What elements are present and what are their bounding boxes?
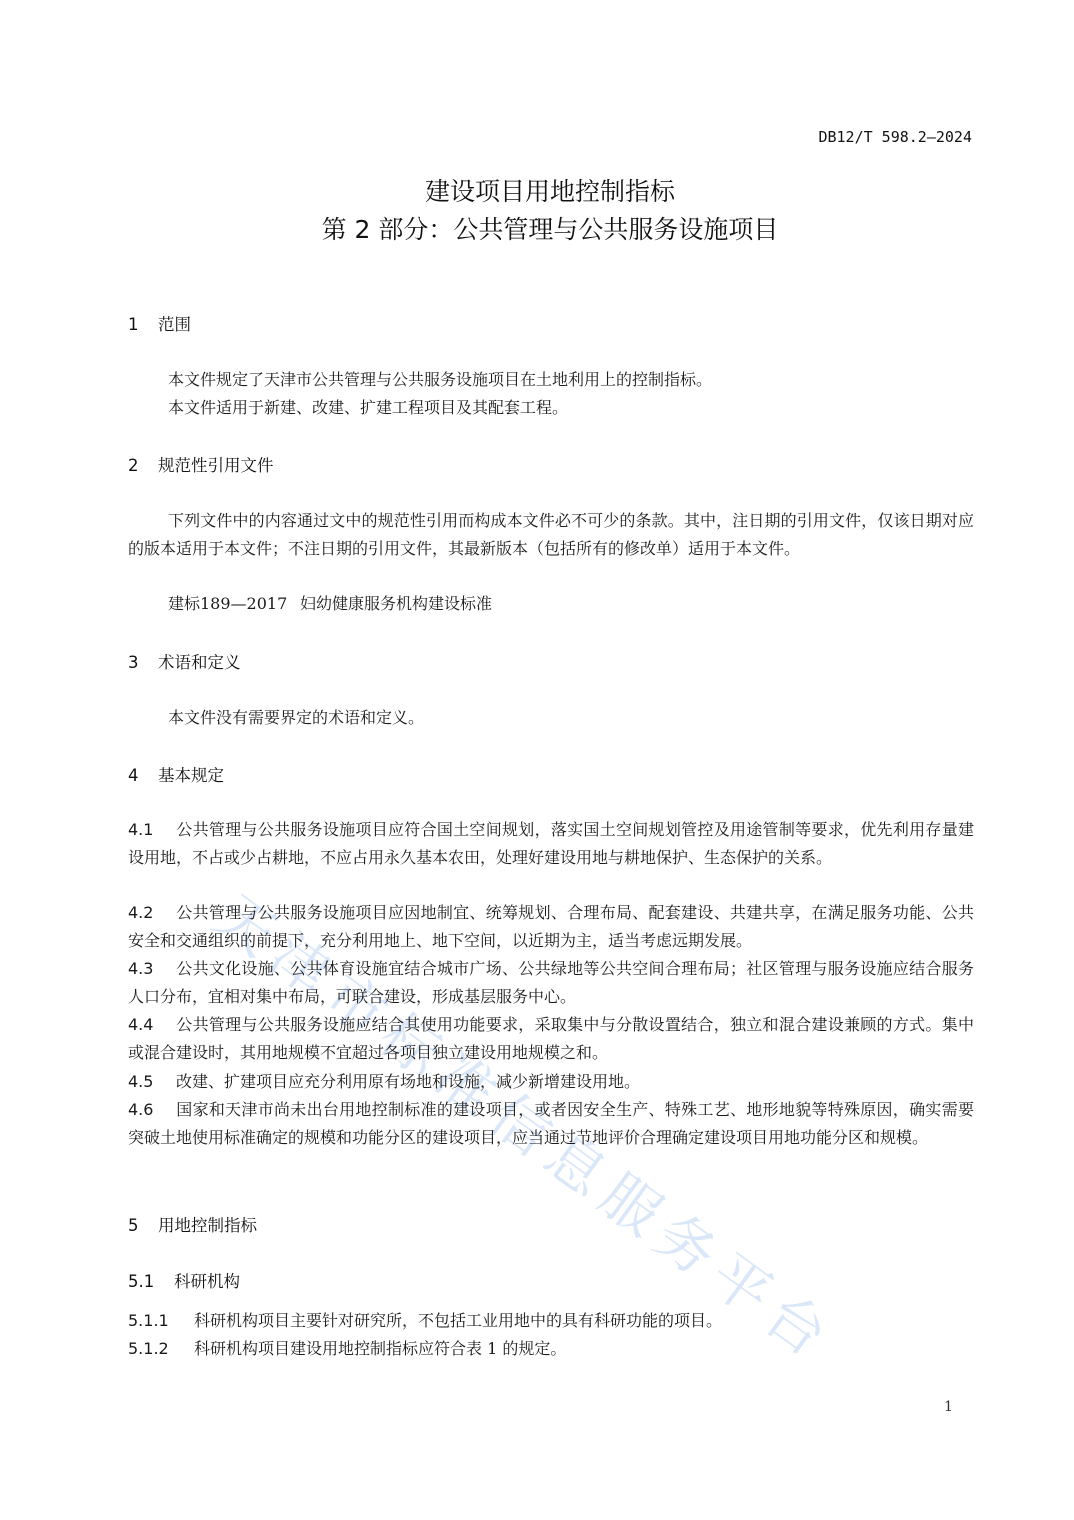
section-heading-normative-references: 2规范性引用文件 <box>128 452 974 476</box>
clause-number: 4.6 <box>128 1096 176 1124</box>
clause-text: 公共管理与公共服务设施项目应符合国土空间规划，落实国土空间规划管控及用途管制等要… <box>128 820 974 867</box>
section-title: 用地控制指标 <box>158 1216 257 1235</box>
section-number: 4 <box>128 766 158 785</box>
section-title: 术语和定义 <box>158 653 241 672</box>
section-heading-terms: 3术语和定义 <box>128 649 974 673</box>
clause-number: 4.3 <box>128 955 176 983</box>
clause-text: 公共管理与公共服务设施项目应因地制宜、统筹规划、合理布局、配套建设、共建共享，在… <box>128 903 974 950</box>
section-title: 基本规定 <box>158 766 224 785</box>
clause-text: 改建、扩建项目应充分利用原有场地和设施，减少新增建设用地。 <box>176 1072 640 1091</box>
document-page: 天津市标准信息服务平台 DB12/T 598.2—2024 建设项目用地控制指标… <box>0 0 1074 1520</box>
section-number: 3 <box>128 653 158 672</box>
section-heading-land-use-indicators: 5用地控制指标 <box>128 1212 974 1236</box>
clause-number: 5.1.2 <box>128 1335 194 1363</box>
clause-number: 4.4 <box>128 1011 176 1039</box>
clause-4-4: 4.4公共管理与公共服务设施应结合其使用功能要求，采取集中与分散设置结合，独立和… <box>128 1011 974 1066</box>
clause-4-2: 4.2公共管理与公共服务设施项目应因地制宜、统筹规划、合理布局、配套建设、共建共… <box>128 899 974 954</box>
page-number: 1 <box>944 1399 953 1415</box>
clause-text: 科研机构项目主要针对研究所，不包括工业用地中的具有科研功能的项目。 <box>194 1311 722 1330</box>
document-subtitle: 第 2 部分：公共管理与公共服务设施项目 <box>0 210 1074 246</box>
clause-text: 公共文化设施、公共体育设施宜结合城市广场、公共绿地等公共空间合理布局；社区管理与… <box>128 959 974 1006</box>
clause-number: 4.1 <box>128 816 176 844</box>
paragraph: 本文件适用于新建、改建、扩建工程项目及其配套工程。 <box>128 394 974 422</box>
clause-text: 公共管理与公共服务设施应结合其使用功能要求，采取集中与分散设置结合，独立和混合建… <box>128 1015 974 1062</box>
standard-code: DB12/T 598.2—2024 <box>818 128 972 146</box>
paragraph: 下列文件中的内容通过文中的规范性引用而构成本文件必不可少的条款。其中，注日期的引… <box>128 507 974 562</box>
paragraph: 本文件规定了天津市公共管理与公共服务设施项目在土地利用上的控制指标。 <box>128 366 974 394</box>
section-title: 范围 <box>158 315 191 334</box>
section-number: 5 <box>128 1216 158 1235</box>
clause-text: 国家和天津市尚未出台用地控制标准的建设项目，或者因安全生产、特殊工艺、地形地貌等… <box>128 1100 974 1147</box>
paragraph: 本文件没有需要界定的术语和定义。 <box>128 704 974 732</box>
section-heading-basic-provisions: 4基本规定 <box>128 762 974 786</box>
section-number: 1 <box>128 315 158 334</box>
clause-4-5: 4.5改建、扩建项目应充分利用原有场地和设施，减少新增建设用地。 <box>128 1068 974 1096</box>
clause-number: 4.5 <box>128 1068 176 1096</box>
section-number: 2 <box>128 456 158 475</box>
clause-number: 5.1.1 <box>128 1307 194 1335</box>
reference-item: 建标189—2017妇幼健康服务机构建设标准 <box>128 590 1014 618</box>
clause-5-1-1: 5.1.1科研机构项目主要针对研究所，不包括工业用地中的具有科研功能的项目。 <box>128 1307 974 1335</box>
clause-text: 科研机构项目建设用地控制指标应符合表 1 的规定。 <box>194 1339 566 1358</box>
subsection-title: 科研机构 <box>174 1272 240 1291</box>
subsection-number: 5.1 <box>128 1272 174 1291</box>
clause-4-1: 4.1公共管理与公共服务设施项目应符合国土空间规划，落实国土空间规划管控及用途管… <box>128 816 974 871</box>
subsection-heading-research-institutions: 5.1科研机构 <box>128 1268 974 1292</box>
clause-number: 4.2 <box>128 899 176 927</box>
section-heading-scope: 1范围 <box>128 311 974 335</box>
document-title: 建设项目用地控制指标 <box>0 172 1074 208</box>
clause-4-6: 4.6国家和天津市尚未出台用地控制标准的建设项目，或者因安全生产、特殊工艺、地形… <box>128 1096 974 1151</box>
clause-4-3: 4.3公共文化设施、公共体育设施宜结合城市广场、公共绿地等公共空间合理布局；社区… <box>128 955 974 1010</box>
clause-5-1-2: 5.1.2科研机构项目建设用地控制指标应符合表 1 的规定。 <box>128 1335 974 1363</box>
reference-title: 妇幼健康服务机构建设标准 <box>300 594 492 613</box>
section-title: 规范性引用文件 <box>158 456 274 475</box>
reference-code: 建标189—2017 <box>168 590 300 618</box>
